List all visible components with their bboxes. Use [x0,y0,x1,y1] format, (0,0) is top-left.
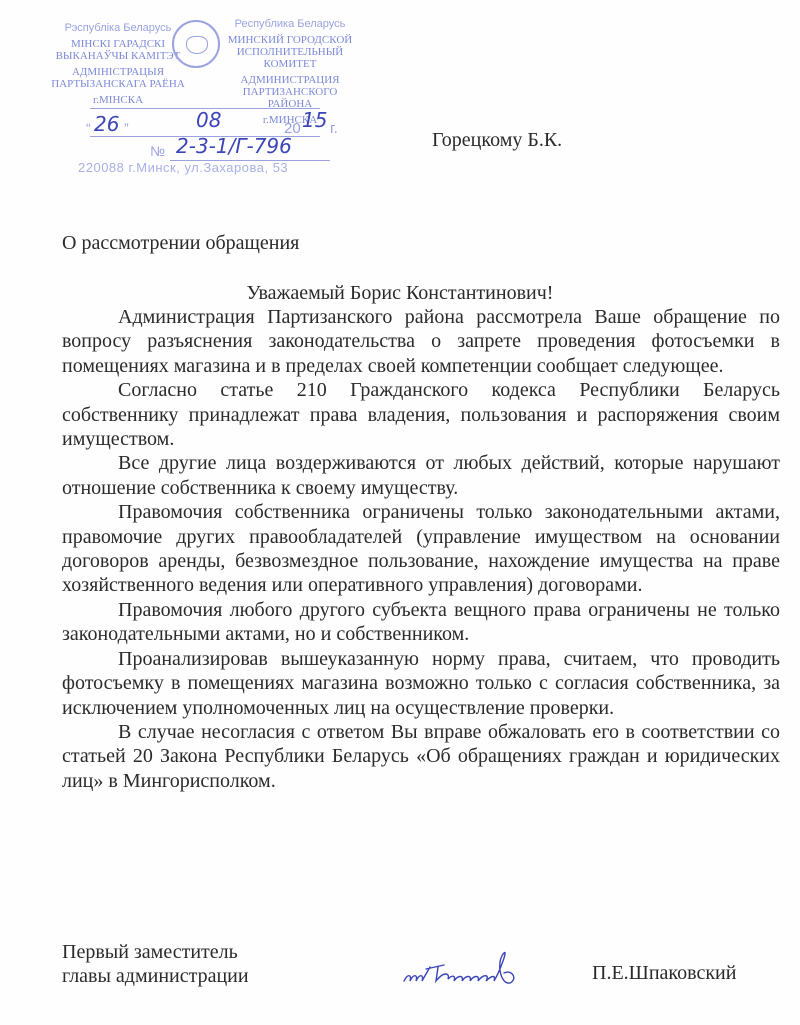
stamp-number: 2-3-1/Г-796 [176,134,292,158]
stamp-committee-line: ВЫКАНАЎЧЫ КАМІТЭТ [48,50,188,62]
stamp-country: Республика Беларусь [220,18,360,30]
signer-name: П.Е.Шпаковский [592,962,736,985]
stamp-admin-line: АДМІНІСТРАЦЫЯ [48,66,188,78]
paragraph: Администрация Партизанского района рассм… [62,305,780,378]
quote-open-icon: “ [86,120,91,136]
paragraph: Правомочия собственника ограничены тольк… [62,500,780,598]
stamp-year-mark: г. [330,120,338,137]
position-line: Первый заместитель [62,940,249,964]
quote-close-icon: ” [124,120,129,136]
stamp-city: г.МІНСКА [48,94,188,106]
stamp-address: 220088 г.Минск, ул.Захарова, 53 [78,160,288,175]
position-line: главы администрации [62,964,249,988]
registration-stamp: Рэспубліка Беларусь МІНСКІ ГАРАДСКІ ВЫКА… [40,0,380,190]
stamp-belarusian-text: Рэспубліка Беларусь МІНСКІ ГАРАДСКІ ВЫКА… [48,22,188,106]
stamp-admin-line: АДМИНИСТРАЦИЯ [220,74,360,86]
recipient: Горецкому Б.К. [432,129,562,152]
paragraph: Проанализировав вышеуказанную норму прав… [62,647,780,720]
paragraph: Правомочия любого другого субъекта вещно… [62,598,780,647]
stamp-date-month: 08 [196,108,221,132]
greeting: Уважаемый Борис Константинович! [0,282,800,305]
stamp-date-day: 26 [94,112,119,136]
paragraph: Согласно статье 210 Гражданского кодекса… [62,378,780,451]
stamp-underline [90,108,320,109]
stamp-russian-text: Республика Беларусь МИНСКИЙ ГОРОДСКОЙ ИС… [220,18,360,126]
letter-body: Администрация Партизанского района рассм… [62,305,780,793]
paragraph: В случае несогласия с ответом Вы вправе … [62,720,780,793]
stamp-committee-line: МІНСКІ ГАРАДСКІ [48,38,188,50]
stamp-year-suffix: 15 [302,108,327,132]
paragraph: Все другие лица воздерживаются от любых … [62,451,780,500]
subject-line: О рассмотрении обращения [62,232,299,255]
signatory-position: Первый заместитель главы администрации [62,940,249,988]
stamp-admin-line: ПАРТИЗАНСКОГО РАЙОНА [220,86,360,110]
handwritten-signature-icon [400,945,540,995]
state-emblem-icon [172,20,220,68]
stamp-number-label: № [150,143,165,159]
stamp-country: Рэспубліка Беларусь [48,22,188,34]
stamp-committee-line: ИСПОЛНИТЕЛЬНЫЙ КОМИТЕТ [220,46,360,70]
stamp-admin-line: ПАРТЫЗАНСКАГА РАЁНА [48,78,188,90]
stamp-committee-line: МИНСКИЙ ГОРОДСКОЙ [220,34,360,46]
